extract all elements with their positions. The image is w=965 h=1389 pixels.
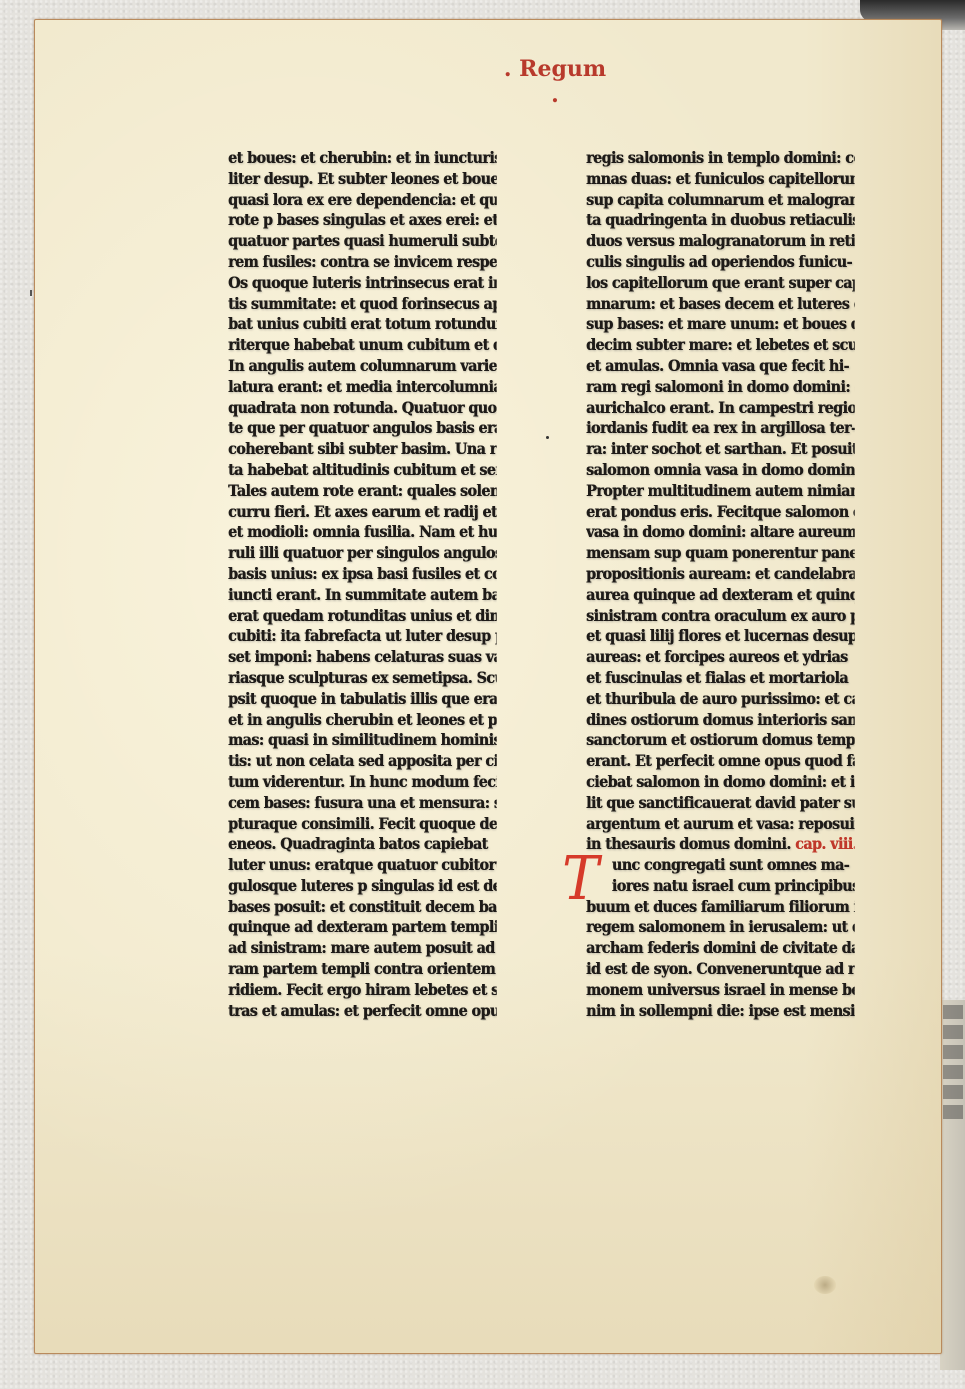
text-line: Tunc congregati sunt omnes ma- (586, 855, 855, 876)
text-line: id est de syon. Conveneruntque ad regem … (586, 959, 855, 980)
text-line: aurichalco erant. In campestri regione (586, 398, 855, 419)
text-line: coherebant sibi subter basim. Una ro- (228, 439, 497, 460)
adjacent-page-text-line (943, 1025, 963, 1039)
text-line: ram regi salomoni in domo domini: de (586, 377, 855, 398)
text-line: iores natu israel cum principibus tri- (586, 876, 855, 897)
text-line: Os quoque luteris intrinsecus erat in ca… (228, 273, 497, 294)
text-line: curru fieri. Et axes earum et radij et c… (228, 502, 497, 523)
margin-mark (30, 290, 32, 296)
adjacent-page-text-line (943, 1045, 963, 1059)
text-line: psit quoque in tabulatis illis que erant… (228, 689, 497, 710)
text-line: in thesauris domus domini. cap. viii. (586, 834, 855, 855)
text-line: nim in sollempni die: ipse est mensis se… (586, 1001, 855, 1022)
text-line: tras et amulas: et perfecit omne opus (228, 1001, 497, 1022)
text-line: cem bases: fusura una et mensura: scul- (228, 793, 497, 814)
text-line: sanctorum et ostiorum domus templi ex au… (586, 730, 855, 751)
text-line: iordanis fudit ea rex in argillosa ter- (586, 418, 855, 439)
text-line: ram partem templi contra orientem ad me- (228, 959, 497, 980)
text-line: culis singulis ad operiendos funicu- (586, 252, 855, 273)
text-line: ta habebat altitudinis cubitum et semis. (228, 460, 497, 481)
text-line: gulosque luteres p singulas id est decem (228, 876, 497, 897)
text-line: propositionis auream: et candelabra (586, 564, 855, 585)
text-line: lit que sanctificauerat david pater suus (586, 793, 855, 814)
text-line: et modioli: omnia fusilia. Nam et hume- (228, 522, 497, 543)
text-line: basis unius: ex ipsa basi fusiles et con… (228, 564, 497, 585)
text-line: tum viderentur. In hunc modum fecit de- (228, 772, 497, 793)
adjacent-page-text-line (943, 1065, 963, 1079)
text-line: mnas duas: et funiculos capitellorum (586, 169, 855, 190)
text-line: aureas: et forcipes aureos et ydrias (586, 647, 855, 668)
right-text-column: regis salomonis in templo domini: colu-m… (586, 148, 878, 1021)
adjacent-page-edge (940, 1000, 965, 1370)
text-line: sinistram contra oraculum ex auro puro: (586, 606, 855, 627)
text-line: quadrata non rotunda. Quatuor quoque ro- (228, 398, 497, 419)
text-line: mensam sup quam ponerentur panes (586, 543, 855, 564)
text-line: luter unus: eratque quatuor cubitorum. S… (228, 855, 497, 876)
text-line: quinque ad dexteram partem templi et qui… (228, 917, 497, 938)
text-line: quatuor partes quasi humeruli subter lut… (228, 231, 497, 252)
text-line: ciebat salomon in domo domini: et intu- (586, 772, 855, 793)
text-line: bases posuit: et constituit decem bases: (228, 897, 497, 918)
text-line: Propter multitudinem autem nimiam non (586, 481, 855, 502)
text-line: erat pondus eris. Fecitque salomon omnia (586, 502, 855, 523)
text-line: et fuscinulas et fialas et mortariola (586, 668, 855, 689)
text-line: mnarum: et bases decem et luteres decem (586, 294, 855, 315)
text-line: iuncti erant. In summitate autem basis (228, 585, 497, 606)
gutter-dot (546, 436, 549, 439)
text-line: monem universus israel in mense betha- (586, 980, 855, 1001)
text-line: erant. Et perfecit omne opus quod fa- (586, 751, 855, 772)
text-line: rem fusiles: contra se invicem respectan… (228, 252, 497, 273)
adjacent-page-text-line (943, 1105, 963, 1119)
text-line: duos versus malogranatorum in retia- (586, 231, 855, 252)
text-line: regis salomonis in templo domini: colu- (586, 148, 855, 169)
text-line: vasa in domo domini: altare aureum: et (586, 522, 855, 543)
text-line: pturaque consimili. Fecit quoque decem l… (228, 814, 497, 835)
text-line: cubiti: ita fabrefacta ut luter desup po… (228, 626, 497, 647)
text-line: In angulis autem columnarum varie ce- (228, 356, 497, 377)
text-line: riterque habebat unum cubitum et dimidiu… (228, 335, 497, 356)
text-line: buum et duces familiarum filiorum israel… (586, 897, 855, 918)
text-line: rote p bases singulas et axes erei: et p (228, 210, 497, 231)
text-line: Tales autem rote erant: quales solent in (228, 481, 497, 502)
text-line: eneos. Quadraginta batos capiebat (228, 834, 497, 855)
text-line: ta quadringenta in duobus retiaculis: (586, 210, 855, 231)
text-line: tis summitate: et quod forinsecus appare… (228, 294, 497, 315)
chapter-marker: cap. viii. (791, 834, 855, 853)
text-line: set imponi: habens celaturas suas va- (228, 647, 497, 668)
text-line: liter desup. Et subter leones et boues (228, 169, 497, 190)
adjacent-page-text-line (943, 1005, 963, 1019)
text-line: bat unius cubiti erat totum rotundum: pa… (228, 314, 497, 335)
text-line: mas: quasi in similitudinem hominis stan… (228, 730, 497, 751)
text-line: latura erant: et media intercolumnia (228, 377, 497, 398)
text-line: et in angulis cherubin et leones et pal- (228, 710, 497, 731)
text-line: argentum et aurum et vasa: reposuitque (586, 814, 855, 835)
text-line: ruli illi quatuor per singulos angulos (228, 543, 497, 564)
text-line: et thuribula de auro purissimo: et car- (586, 689, 855, 710)
text-line: regem salomonem in ierusalem: ut deferre… (586, 917, 855, 938)
text-line: dines ostiorum domus interioris sancti (586, 710, 855, 731)
text-line: sup bases: et mare unum: et boues duo- (586, 314, 855, 335)
adjacent-page-text-line (943, 1085, 963, 1099)
text-line: quasi lora ex ere dependencia: et quatuo… (228, 190, 497, 211)
text-line: ad sinistram: mare autem posuit ad dexte… (228, 938, 497, 959)
text-line: decim subter mare: et lebetes et scutras (586, 335, 855, 356)
text-line: riasque sculpturas ex semetipsa. Scul- (228, 668, 497, 689)
text-line: archam federis domini de civitate david (586, 938, 855, 959)
text-line: te que per quatuor angulos basis erant: (228, 418, 497, 439)
text-line: los capitellorum que erant super capita … (586, 273, 855, 294)
parchment-stain (814, 1276, 836, 1294)
text-line: erat quedam rotunditas unius et dimidij (228, 606, 497, 627)
text-line: et boues: et cherubin: et in iuncturis s… (228, 148, 497, 169)
text-line: ridiem. Fecit ergo hiram lebetes et scu- (228, 980, 497, 1001)
text-line: et amulas. Omnia vasa que fecit hi- (586, 356, 855, 377)
left-text-column: et boues: et cherubin: et in iuncturis s… (228, 148, 520, 1021)
text-line: sup capita columnarum et malograna- (586, 190, 855, 211)
text-line: salomon omnia vasa in domo domini. (586, 460, 855, 481)
text-line: et quasi lilij flores et lucernas desupe… (586, 626, 855, 647)
text-line: tis: ut non celata sed apposita per circ… (228, 751, 497, 772)
running-head: . Regum . (500, 56, 610, 108)
text-line: ra: inter sochot et sarthan. Et posuit (586, 439, 855, 460)
text-line: aurea quinque ad dexteram et quinque ad (586, 585, 855, 606)
